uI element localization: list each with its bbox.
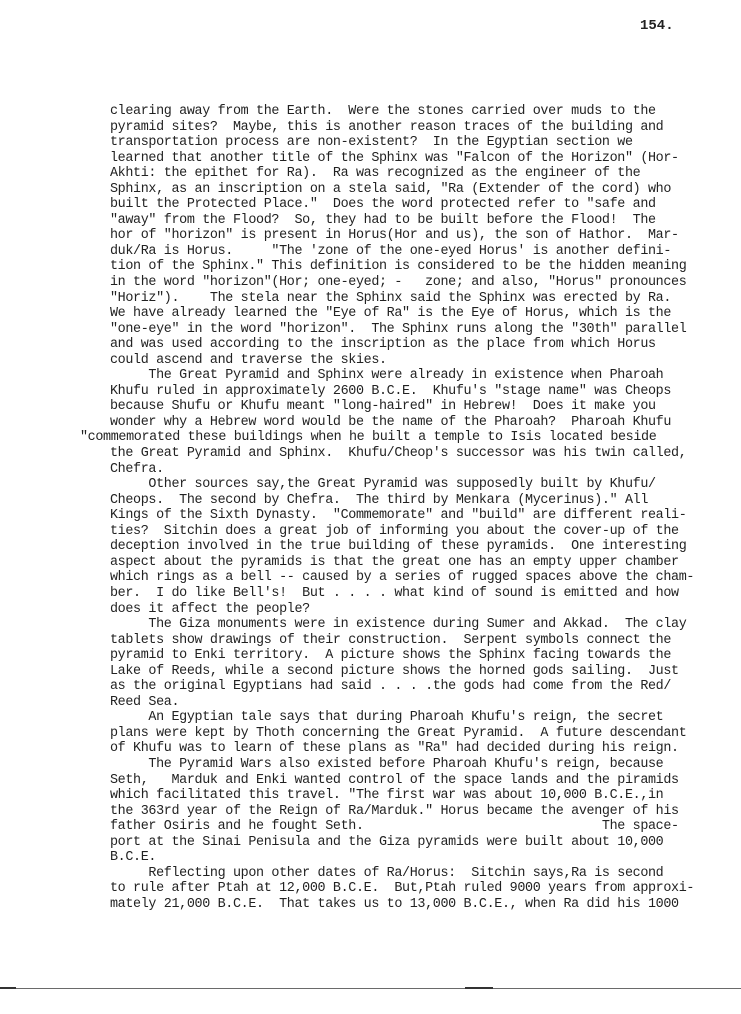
text-line: port at the Sinai Penisula and the Giza … [110, 835, 670, 851]
text-line: mately 21,000 B.C.E. That takes us to 13… [110, 897, 670, 913]
text-line: The Giza monuments were in existence dur… [110, 617, 670, 633]
text-line: hor of "horizon" is present in Horus(Hor… [110, 228, 670, 244]
text-line: Lake of Reeds, while a second picture sh… [110, 664, 670, 680]
text-line: Other sources say,the Great Pyramid was … [110, 477, 670, 493]
text-line: the Great Pyramid and Sphinx. Khufu/Cheo… [110, 446, 670, 462]
text-line: B.C.E. [110, 850, 670, 866]
text-line: which rings as a bell -- caused by a ser… [110, 570, 670, 586]
text-line: Cheops. The second by Chefra. The third … [110, 493, 670, 509]
text-line: pyramid sites? Maybe, this is another re… [110, 120, 670, 136]
text-line: ties? Sitchin does a great job of inform… [110, 524, 670, 540]
text-line: the 363rd year of the Reign of Ra/Marduk… [110, 804, 670, 820]
text-line: ber. I do like Bell's! But . . . . what … [110, 586, 670, 602]
text-line: Chefra. [110, 462, 670, 478]
text-line: wonder why a Hebrew word would be the na… [110, 415, 670, 431]
text-line: An Egyptian tale says that during Pharoa… [110, 710, 670, 726]
page-number: 154. [640, 18, 674, 34]
text-line: Akhti: the epithet for Ra). Ra was recog… [110, 166, 670, 182]
text-line: "Horiz"). The stela near the Sphinx said… [110, 291, 670, 307]
text-line: aspect about the pyramids is that the gr… [110, 555, 670, 571]
text-line: Kings of the Sixth Dynasty. "Commemorate… [110, 508, 670, 524]
text-line: could ascend and traverse the skies. [110, 353, 670, 369]
text-line: duk/Ra is Horus. "The 'zone of the one-e… [110, 244, 670, 260]
text-line: "one-eye" in the word "horizon". The Sph… [110, 322, 670, 338]
text-line: The Pyramid Wars also existed before Pha… [110, 757, 670, 773]
text-line: clearing away from the Earth. Were the s… [110, 104, 670, 120]
footer-rule-mark [465, 987, 493, 989]
text-line: plans were kept by Thoth concerning the … [110, 726, 670, 742]
footer-rule [0, 988, 741, 989]
footer-rule-mark [0, 987, 16, 989]
text-line: Reflecting upon other dates of Ra/Horus:… [110, 866, 670, 882]
text-line: as the original Egyptians had said . . .… [110, 679, 670, 695]
text-line: We have already learned the "Eye of Ra" … [110, 306, 670, 322]
text-line: The Great Pyramid and Sphinx were alread… [110, 368, 670, 384]
text-line: "away" from the Flood? So, they had to b… [110, 213, 670, 229]
text-line: Khufu ruled in approximately 2600 B.C.E.… [110, 384, 670, 400]
text-line: Seth, Marduk and Enki wanted control of … [110, 773, 670, 789]
text-line: pyramid to Enki territory. A picture sho… [110, 648, 670, 664]
text-line: built the Protected Place." Does the wor… [110, 197, 670, 213]
text-line: does it affect the people? [110, 602, 670, 618]
text-line: learned that another title of the Sphinx… [110, 151, 670, 167]
body-text: clearing away from the Earth. Were the s… [110, 104, 670, 912]
text-line: tablets show drawings of their construct… [110, 633, 670, 649]
text-line: Reed Sea. [110, 695, 670, 711]
text-line: because Shufu or Khufu meant "long-haire… [110, 399, 670, 415]
text-line: and was used according to the inscriptio… [110, 337, 670, 353]
text-line: in the word "horizon"(Hor; one-eyed; - z… [110, 275, 670, 291]
text-line: which facilitated this travel. "The firs… [110, 788, 670, 804]
text-line: deception involved in the true building … [110, 539, 670, 555]
text-line: transportation process are non-existent?… [110, 135, 670, 151]
text-line: "commemorated these buildings when he bu… [80, 430, 670, 446]
text-line: father Osiris and he fought Seth. The sp… [110, 819, 670, 835]
text-line: of Khufu was to learn of these plans as … [110, 741, 670, 757]
text-line: to rule after Ptah at 12,000 B.C.E. But,… [110, 881, 670, 897]
text-line: Sphinx, as an inscription on a stela sai… [110, 182, 670, 198]
text-line: tion of the Sphinx." This definition is … [110, 259, 670, 275]
